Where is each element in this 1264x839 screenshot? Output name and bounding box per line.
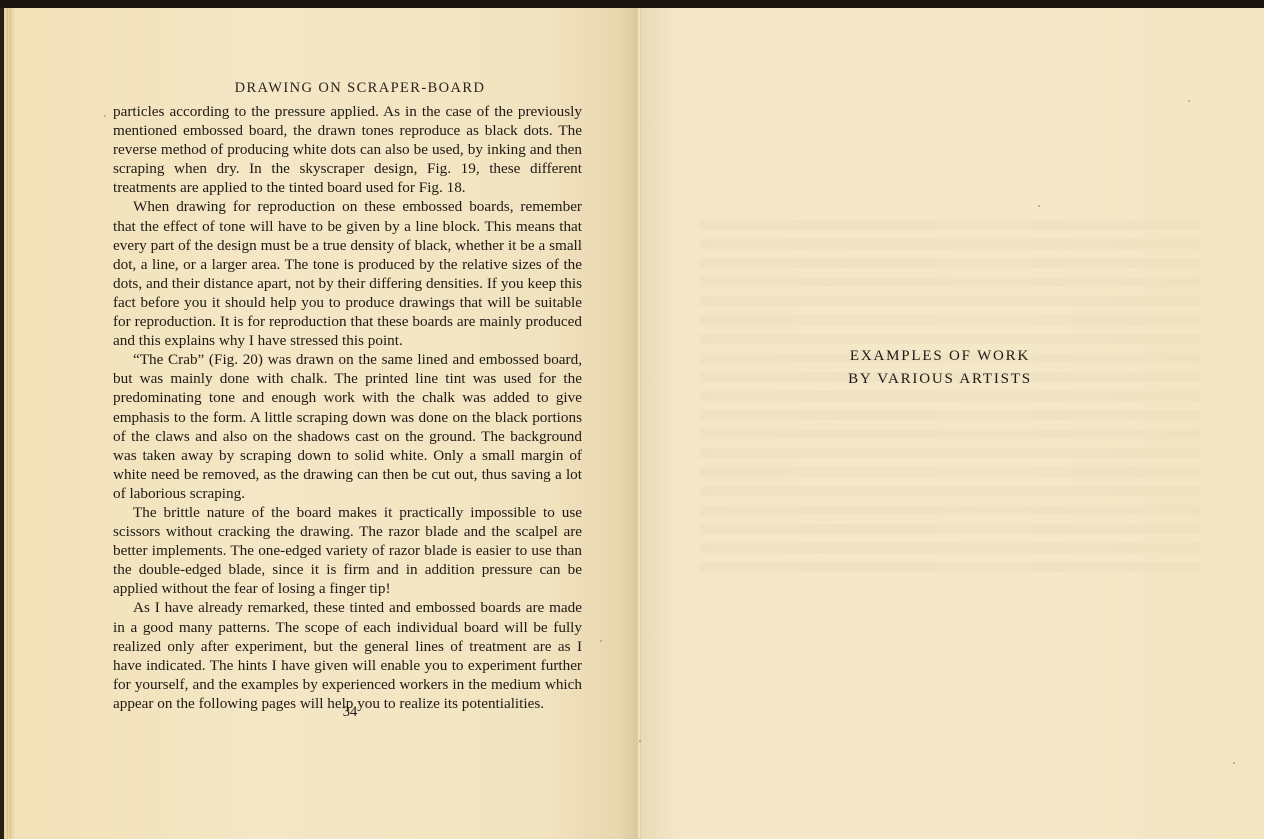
paper-speck <box>1038 205 1040 207</box>
paper-speck <box>1188 100 1190 102</box>
page-edges <box>0 8 14 839</box>
paragraph: “The Crab” (Fig. 20) was drawn on the sa… <box>113 350 582 503</box>
running-head: DRAWING ON SCRAPER-BOARD <box>110 80 610 97</box>
section-title-line: BY VARIOUS ARTISTS <box>780 368 1100 391</box>
book-gutter <box>637 8 641 839</box>
paper-speck <box>600 640 602 642</box>
paragraph: The brittle nature of the board makes it… <box>113 503 582 598</box>
body-text: particles according to the pressure appl… <box>113 102 582 713</box>
paper-speck <box>1233 762 1235 764</box>
section-title: EXAMPLES OF WORK BY VARIOUS ARTISTS <box>780 345 1100 391</box>
paper-speck <box>639 740 641 742</box>
section-title-line: EXAMPLES OF WORK <box>780 345 1100 368</box>
paper-speck <box>104 115 106 117</box>
show-through-text <box>700 220 1200 580</box>
paragraph: As I have already remarked, these tinted… <box>113 598 582 713</box>
paragraph: particles according to the pressure appl… <box>113 102 582 197</box>
page-number: 34 <box>330 704 370 721</box>
paragraph: When drawing for reproduction on these e… <box>113 197 582 350</box>
